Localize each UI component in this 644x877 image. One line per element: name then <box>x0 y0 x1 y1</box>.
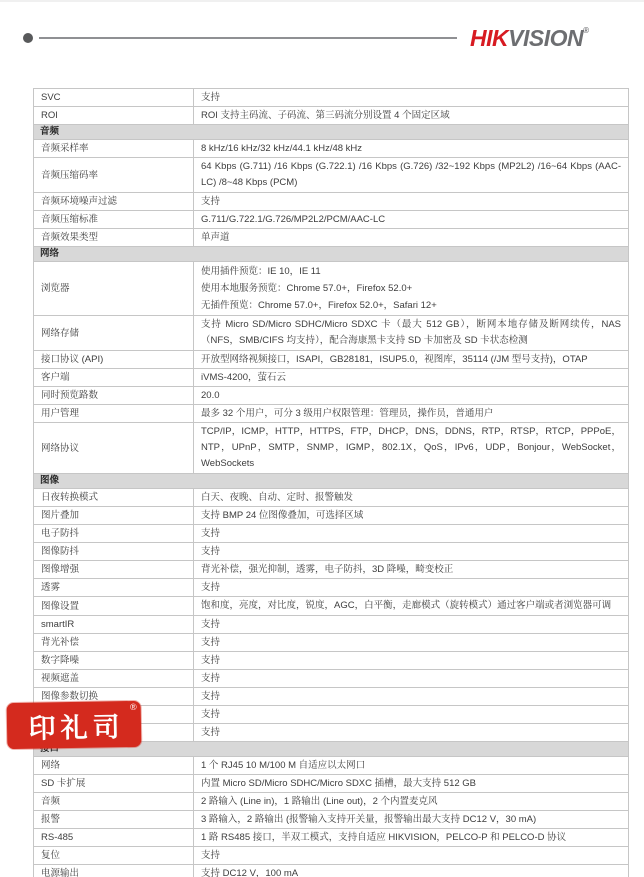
section-row: 音频 <box>34 125 629 140</box>
spec-label: 图像设置 <box>34 597 194 616</box>
spec-label: 用户管理 <box>34 405 194 423</box>
spec-value: 支持 <box>194 847 629 865</box>
spec-label: 图片叠加 <box>34 507 194 525</box>
spec-row: 电子防抖支持 <box>34 525 629 543</box>
spec-row: 浏览器使用插件预览：IE 10，IE 11使用本地服务预览：Chrome 57.… <box>34 262 629 316</box>
spec-label: 图像增强 <box>34 561 194 579</box>
spec-row: 音频效果类型单声道 <box>34 229 629 247</box>
spec-label: 网络 <box>34 757 194 775</box>
spec-value: 背光补偿，强光抑制，透雾，电子防抖，3D 降噪，畸变校正 <box>194 561 629 579</box>
spec-row: 网络存储支持 Micro SD/Micro SDHC/Micro SDXC 卡（… <box>34 316 629 351</box>
spec-value: 饱和度，亮度，对比度，锐度，AGC，白平衡，走廊模式（旋转模式）通过客户端或者浏… <box>194 597 629 616</box>
spec-row: 复位支持 <box>34 847 629 865</box>
spec-label: 音频效果类型 <box>34 229 194 247</box>
spec-table-body: SVC支持ROIROI 支持主码流、子码流、第三码流分别设置 4 个固定区域音频… <box>34 89 629 877</box>
spec-row: 接口协议 (API)开放型网络视频接口，ISAPI，GB28181，ISUP5.… <box>34 351 629 369</box>
spec-label: 图像防抖 <box>34 543 194 561</box>
spec-row: 音频压缩码率64 Kbps (G.711) /16 Kbps (G.722.1)… <box>34 158 629 193</box>
spec-value: 支持 DC12 V，100 mA <box>194 865 629 877</box>
spec-label: 数字降噪 <box>34 652 194 670</box>
spec-value: 支持 <box>194 670 629 688</box>
spec-value: 白天、夜晚、自动、定时、报警触发 <box>194 489 629 507</box>
spec-row: 图像设置饱和度，亮度，对比度，锐度，AGC，白平衡，走廊模式（旋转模式）通过客户… <box>34 597 629 616</box>
section-header-label: 网络 <box>34 247 629 262</box>
spec-value: 2 路输入 (Line in)，1 路输出 (Line out)，2 个内置麦克… <box>194 793 629 811</box>
section-header-label: 图像 <box>34 474 629 489</box>
spec-label: 电子防抖 <box>34 525 194 543</box>
spec-value: G.711/G.722.1/G.726/MP2L2/PCM/AAC-LC <box>194 211 629 229</box>
spec-value: 支持 <box>194 193 629 211</box>
section-header-label: 音频 <box>34 125 629 140</box>
section-row: 图像 <box>34 474 629 489</box>
spec-value: 支持 Micro SD/Micro SDHC/Micro SDXC 卡（最大 5… <box>194 316 629 351</box>
spec-value: 20.0 <box>194 387 629 405</box>
spec-row: 网络协议TCP/IP，ICMP，HTTP，HTTPS，FTP，DHCP，DNS，… <box>34 423 629 474</box>
spec-label: 网络协议 <box>34 423 194 474</box>
spec-label: SD 卡扩展 <box>34 775 194 793</box>
spec-value: 开放型网络视频接口，ISAPI，GB28181，ISUP5.0，视图库，3511… <box>194 351 629 369</box>
logo-text-gray: VISION <box>508 25 583 51</box>
red-seal-stamp: 印礼司 ® <box>7 701 142 749</box>
spec-row: 图像增强背光补偿，强光抑制，透雾，电子防抖，3D 降噪，畸变校正 <box>34 561 629 579</box>
spec-value: 3 路输入，2 路输出 (报警输入支持开关量，报警输出最大支持 DC12 V，3… <box>194 811 629 829</box>
spec-value: 最多 32 个用户，可分 3 级用户权限管理：管理员，操作员，普通用户 <box>194 405 629 423</box>
spec-row: SVC支持 <box>34 89 629 107</box>
registered-mark-icon: ® <box>583 26 589 35</box>
spec-label: 客户端 <box>34 369 194 387</box>
spec-label: 同时预览路数 <box>34 387 194 405</box>
spec-label: ROI <box>34 107 194 125</box>
spec-row: 网络1 个 RJ45 10 M/100 M 自适应以太网口 <box>34 757 629 775</box>
spec-row: 数字降噪支持 <box>34 652 629 670</box>
spec-label: 电源输出 <box>34 865 194 877</box>
spec-value: 支持 <box>194 706 629 724</box>
spec-label: 音频 <box>34 793 194 811</box>
spec-value: ROI 支持主码流、子码流、第三码流分别设置 4 个固定区域 <box>194 107 629 125</box>
spec-row: 透雾支持 <box>34 579 629 597</box>
spec-value-line: 使用插件预览：IE 10，IE 11 <box>201 263 621 280</box>
header-bullet-dot <box>23 33 33 43</box>
spec-row: 电源输出支持 DC12 V，100 mA <box>34 865 629 877</box>
spec-value: TCP/IP，ICMP，HTTP，HTTPS，FTP，DHCP，DNS，DDNS… <box>194 423 629 474</box>
spec-value: 支持 BMP 24 位图像叠加，可选择区域 <box>194 507 629 525</box>
spec-value: 支持 <box>194 89 629 107</box>
spec-value: 8 kHz/16 kHz/32 kHz/44.1 kHz/48 kHz <box>194 140 629 158</box>
spec-value: 1 个 RJ45 10 M/100 M 自适应以太网口 <box>194 757 629 775</box>
spec-label: 背光补偿 <box>34 634 194 652</box>
spec-value: 支持 <box>194 579 629 597</box>
hikvision-logo: HIKVISION® <box>470 25 589 52</box>
spec-row: 音频2 路输入 (Line in)，1 路输出 (Line out)，2 个内置… <box>34 793 629 811</box>
spec-label: SVC <box>34 89 194 107</box>
spec-value-line: 无插件预览：Chrome 57.0+，Firefox 52.0+，Safari … <box>201 297 621 314</box>
page-top-edge <box>0 0 644 2</box>
stamp-registered-mark-icon: ® <box>130 702 137 712</box>
spec-value: 1 路 RS485 接口，半双工模式，支持自适应 HIKVISION，PELCO… <box>194 829 629 847</box>
spec-table: SVC支持ROIROI 支持主码流、子码流、第三码流分别设置 4 个固定区域音频… <box>33 88 629 877</box>
spec-label: RS-485 <box>34 829 194 847</box>
stamp-text: 印礼司 <box>23 705 125 746</box>
spec-label: 日夜转换模式 <box>34 489 194 507</box>
spec-row: 视频遮盖支持 <box>34 670 629 688</box>
spec-label: 音频压缩标准 <box>34 211 194 229</box>
spec-label: 浏览器 <box>34 262 194 316</box>
spec-row: 图片叠加支持 BMP 24 位图像叠加，可选择区域 <box>34 507 629 525</box>
spec-label: 报警 <box>34 811 194 829</box>
spec-value: 支持 <box>194 724 629 742</box>
spec-row: RS-4851 路 RS485 接口，半双工模式，支持自适应 HIKVISION… <box>34 829 629 847</box>
spec-row: 音频采样率8 kHz/16 kHz/32 kHz/44.1 kHz/48 kHz <box>34 140 629 158</box>
spec-value: 支持 <box>194 688 629 706</box>
spec-row: 背光补偿支持 <box>34 634 629 652</box>
spec-value-line: 使用本地服务预览：Chrome 57.0+，Firefox 52.0+ <box>201 280 621 297</box>
spec-value: 内置 Micro SD/Micro SDHC/Micro SDXC 插槽，最大支… <box>194 775 629 793</box>
spec-row: smartIR支持 <box>34 616 629 634</box>
spec-row: ROIROI 支持主码流、子码流、第三码流分别设置 4 个固定区域 <box>34 107 629 125</box>
section-row: 网络 <box>34 247 629 262</box>
spec-row: SD 卡扩展内置 Micro SD/Micro SDHC/Micro SDXC … <box>34 775 629 793</box>
spec-row: 日夜转换模式白天、夜晚、自动、定时、报警触发 <box>34 489 629 507</box>
spec-value: 支持 <box>194 543 629 561</box>
spec-value: 支持 <box>194 652 629 670</box>
spec-label: 接口协议 (API) <box>34 351 194 369</box>
spec-value: 支持 <box>194 525 629 543</box>
spec-label: 网络存储 <box>34 316 194 351</box>
spec-label: 视频遮盖 <box>34 670 194 688</box>
spec-label: smartIR <box>34 616 194 634</box>
spec-value: 支持 <box>194 616 629 634</box>
spec-row: 报警3 路输入，2 路输出 (报警输入支持开关量，报警输出最大支持 DC12 V… <box>34 811 629 829</box>
spec-label: 音频压缩码率 <box>34 158 194 193</box>
spec-label: 透雾 <box>34 579 194 597</box>
spec-label: 音频环境噪声过滤 <box>34 193 194 211</box>
spec-row: 同时预览路数20.0 <box>34 387 629 405</box>
logo-text-red: HIK <box>470 25 508 51</box>
spec-row: 音频压缩标准G.711/G.722.1/G.726/MP2L2/PCM/AAC-… <box>34 211 629 229</box>
spec-value: 单声道 <box>194 229 629 247</box>
header-rule-line <box>39 37 457 39</box>
spec-value: 支持 <box>194 634 629 652</box>
spec-value: iVMS-4200，萤石云 <box>194 369 629 387</box>
spec-label: 音频采样率 <box>34 140 194 158</box>
spec-row: 图像防抖支持 <box>34 543 629 561</box>
spec-value: 使用插件预览：IE 10，IE 11使用本地服务预览：Chrome 57.0+，… <box>194 262 629 316</box>
spec-row: 音频环境噪声过滤支持 <box>34 193 629 211</box>
spec-value: 64 Kbps (G.711) /16 Kbps (G.722.1) /16 K… <box>194 158 629 193</box>
spec-label: 复位 <box>34 847 194 865</box>
spec-row: 用户管理最多 32 个用户，可分 3 级用户权限管理：管理员，操作员，普通用户 <box>34 405 629 423</box>
spec-row: 客户端iVMS-4200，萤石云 <box>34 369 629 387</box>
